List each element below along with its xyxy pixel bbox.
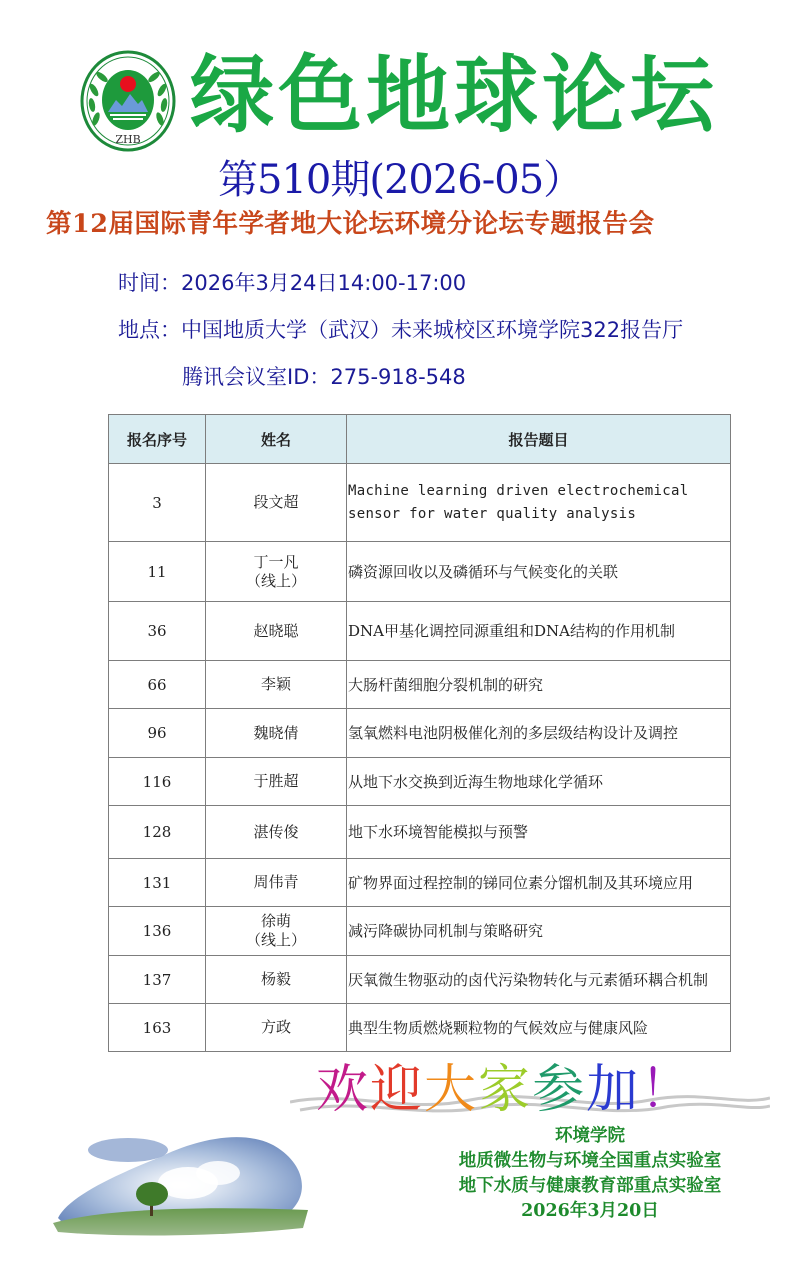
reg-no: 128: [109, 806, 206, 859]
speaker-name: 赵晓聪: [206, 602, 347, 661]
report-topic: 大肠杆菌细胞分裂机制的研究: [347, 661, 731, 709]
header-name: 姓名: [206, 415, 347, 464]
report-topic: 典型生物质燃烧颗粒物的气候效应与健康风险: [347, 1004, 731, 1052]
report-topic: 氢氧燃料电池阴极催化剂的多层级结构设计及调控: [347, 709, 731, 758]
table-row: 137 杨毅 厌氧微生物驱动的卤代污染物转化与元素循环耦合机制: [109, 956, 731, 1004]
welcome-char: 参: [532, 1055, 586, 1125]
report-topic: DNA甲基化调控同源重组和DNA结构的作用机制: [347, 602, 731, 661]
schedule-table: 报名序号 姓名 报告题目 3 段文超 Machine learning driv…: [108, 414, 731, 1052]
speaker-name: 周伟青: [206, 859, 347, 907]
welcome-char: 加: [586, 1055, 640, 1125]
organizer-line: 地质微生物与环境全国重点实验室: [420, 1149, 760, 1174]
event-place: 地点：中国地质大学（武汉）未来城校区环境学院322报告厅: [118, 315, 683, 345]
table-row: 96 魏晓倩 氢氧燃料电池阴极催化剂的多层级结构设计及调控: [109, 709, 731, 758]
speaker-name: 段文超: [206, 464, 347, 542]
table-row: 163 方政 典型生物质燃烧颗粒物的气候效应与健康风险: [109, 1004, 731, 1052]
report-topic: 磷资源回收以及磷循环与气候变化的关联: [347, 542, 731, 602]
event-time: 时间：2026年3月24日14:00-17:00: [118, 268, 466, 298]
reg-no: 3: [109, 464, 206, 542]
issue-date: 2026年3月20日: [420, 1199, 760, 1224]
speaker-name: 于胜超: [206, 758, 347, 806]
organizer-line: 地下水质与健康教育部重点实验室: [420, 1174, 760, 1199]
table-row: 116 于胜超 从地下水交换到近海生物地球化学循环: [109, 758, 731, 806]
issue-number: 第510期(2026-05）: [218, 150, 582, 210]
reg-no: 163: [109, 1004, 206, 1052]
speaker-name: 湛传俊: [206, 806, 347, 859]
report-topic: 矿物界面过程控制的锑同位素分馏机制及其环境应用: [347, 859, 731, 907]
table-row: 128 湛传俊 地下水环境智能模拟与预警: [109, 806, 731, 859]
table-row: 36 赵晓聪 DNA甲基化调控同源重组和DNA结构的作用机制: [109, 602, 731, 661]
logo-text: ZHB: [115, 133, 140, 146]
speaker-name: 丁一凡（线上）: [206, 542, 347, 602]
reg-no: 36: [109, 602, 206, 661]
organizer-line: 环境学院: [420, 1124, 760, 1149]
reg-no: 131: [109, 859, 206, 907]
landscape-image: [48, 1128, 318, 1238]
meeting-id: 腾讯会议室ID：275-918-548: [182, 362, 466, 392]
welcome-banner: 欢迎大家参加！: [316, 1055, 694, 1125]
speaker-name: 李颖: [206, 661, 347, 709]
reg-no: 116: [109, 758, 206, 806]
welcome-char: ！: [640, 1055, 694, 1125]
table-row: 3 段文超 Machine learning driven electroche…: [109, 464, 731, 542]
table-row: 66 李颖 大肠杆菌细胞分裂机制的研究: [109, 661, 731, 709]
forum-title: 绿色地球论坛: [190, 40, 718, 150]
report-topic: Machine learning driven electrochemical …: [347, 464, 731, 542]
table-row: 131 周伟青 矿物界面过程控制的锑同位素分馏机制及其环境应用: [109, 859, 731, 907]
speaker-name: 方政: [206, 1004, 347, 1052]
reg-no: 96: [109, 709, 206, 758]
organizer-footer: 环境学院 地质微生物与环境全国重点实验室 地下水质与健康教育部重点实验室 202…: [420, 1124, 760, 1224]
table-header-row: 报名序号 姓名 报告题目: [109, 415, 731, 464]
reg-no: 11: [109, 542, 206, 602]
header-topic: 报告题目: [347, 415, 731, 464]
table-row: 11 丁一凡（线上） 磷资源回收以及磷循环与气候变化的关联: [109, 542, 731, 602]
welcome-char: 迎: [370, 1055, 424, 1125]
event-subtitle: 第12届国际青年学者地大论坛环境分论坛专题报告会: [46, 204, 655, 244]
welcome-char: 家: [478, 1055, 532, 1125]
header-reg-no: 报名序号: [109, 415, 206, 464]
welcome-char: 大: [424, 1055, 478, 1125]
speaker-name: 魏晓倩: [206, 709, 347, 758]
speaker-name: 徐萌（线上）: [206, 907, 347, 956]
reg-no: 136: [109, 907, 206, 956]
online-note: （线上）: [246, 572, 306, 590]
online-note: （线上）: [246, 931, 306, 949]
reg-no: 66: [109, 661, 206, 709]
report-topic: 减污降碳协同机制与策略研究: [347, 907, 731, 956]
speaker-name: 杨毅: [206, 956, 347, 1004]
welcome-char: 欢: [316, 1055, 370, 1125]
zhb-logo: ZHB: [80, 50, 176, 152]
report-topic: 地下水环境智能模拟与预警: [347, 806, 731, 859]
reg-no: 137: [109, 956, 206, 1004]
report-topic: 厌氧微生物驱动的卤代污染物转化与元素循环耦合机制: [347, 956, 731, 1004]
table-row: 136 徐萌（线上） 减污降碳协同机制与策略研究: [109, 907, 731, 956]
report-topic: 从地下水交换到近海生物地球化学循环: [347, 758, 731, 806]
